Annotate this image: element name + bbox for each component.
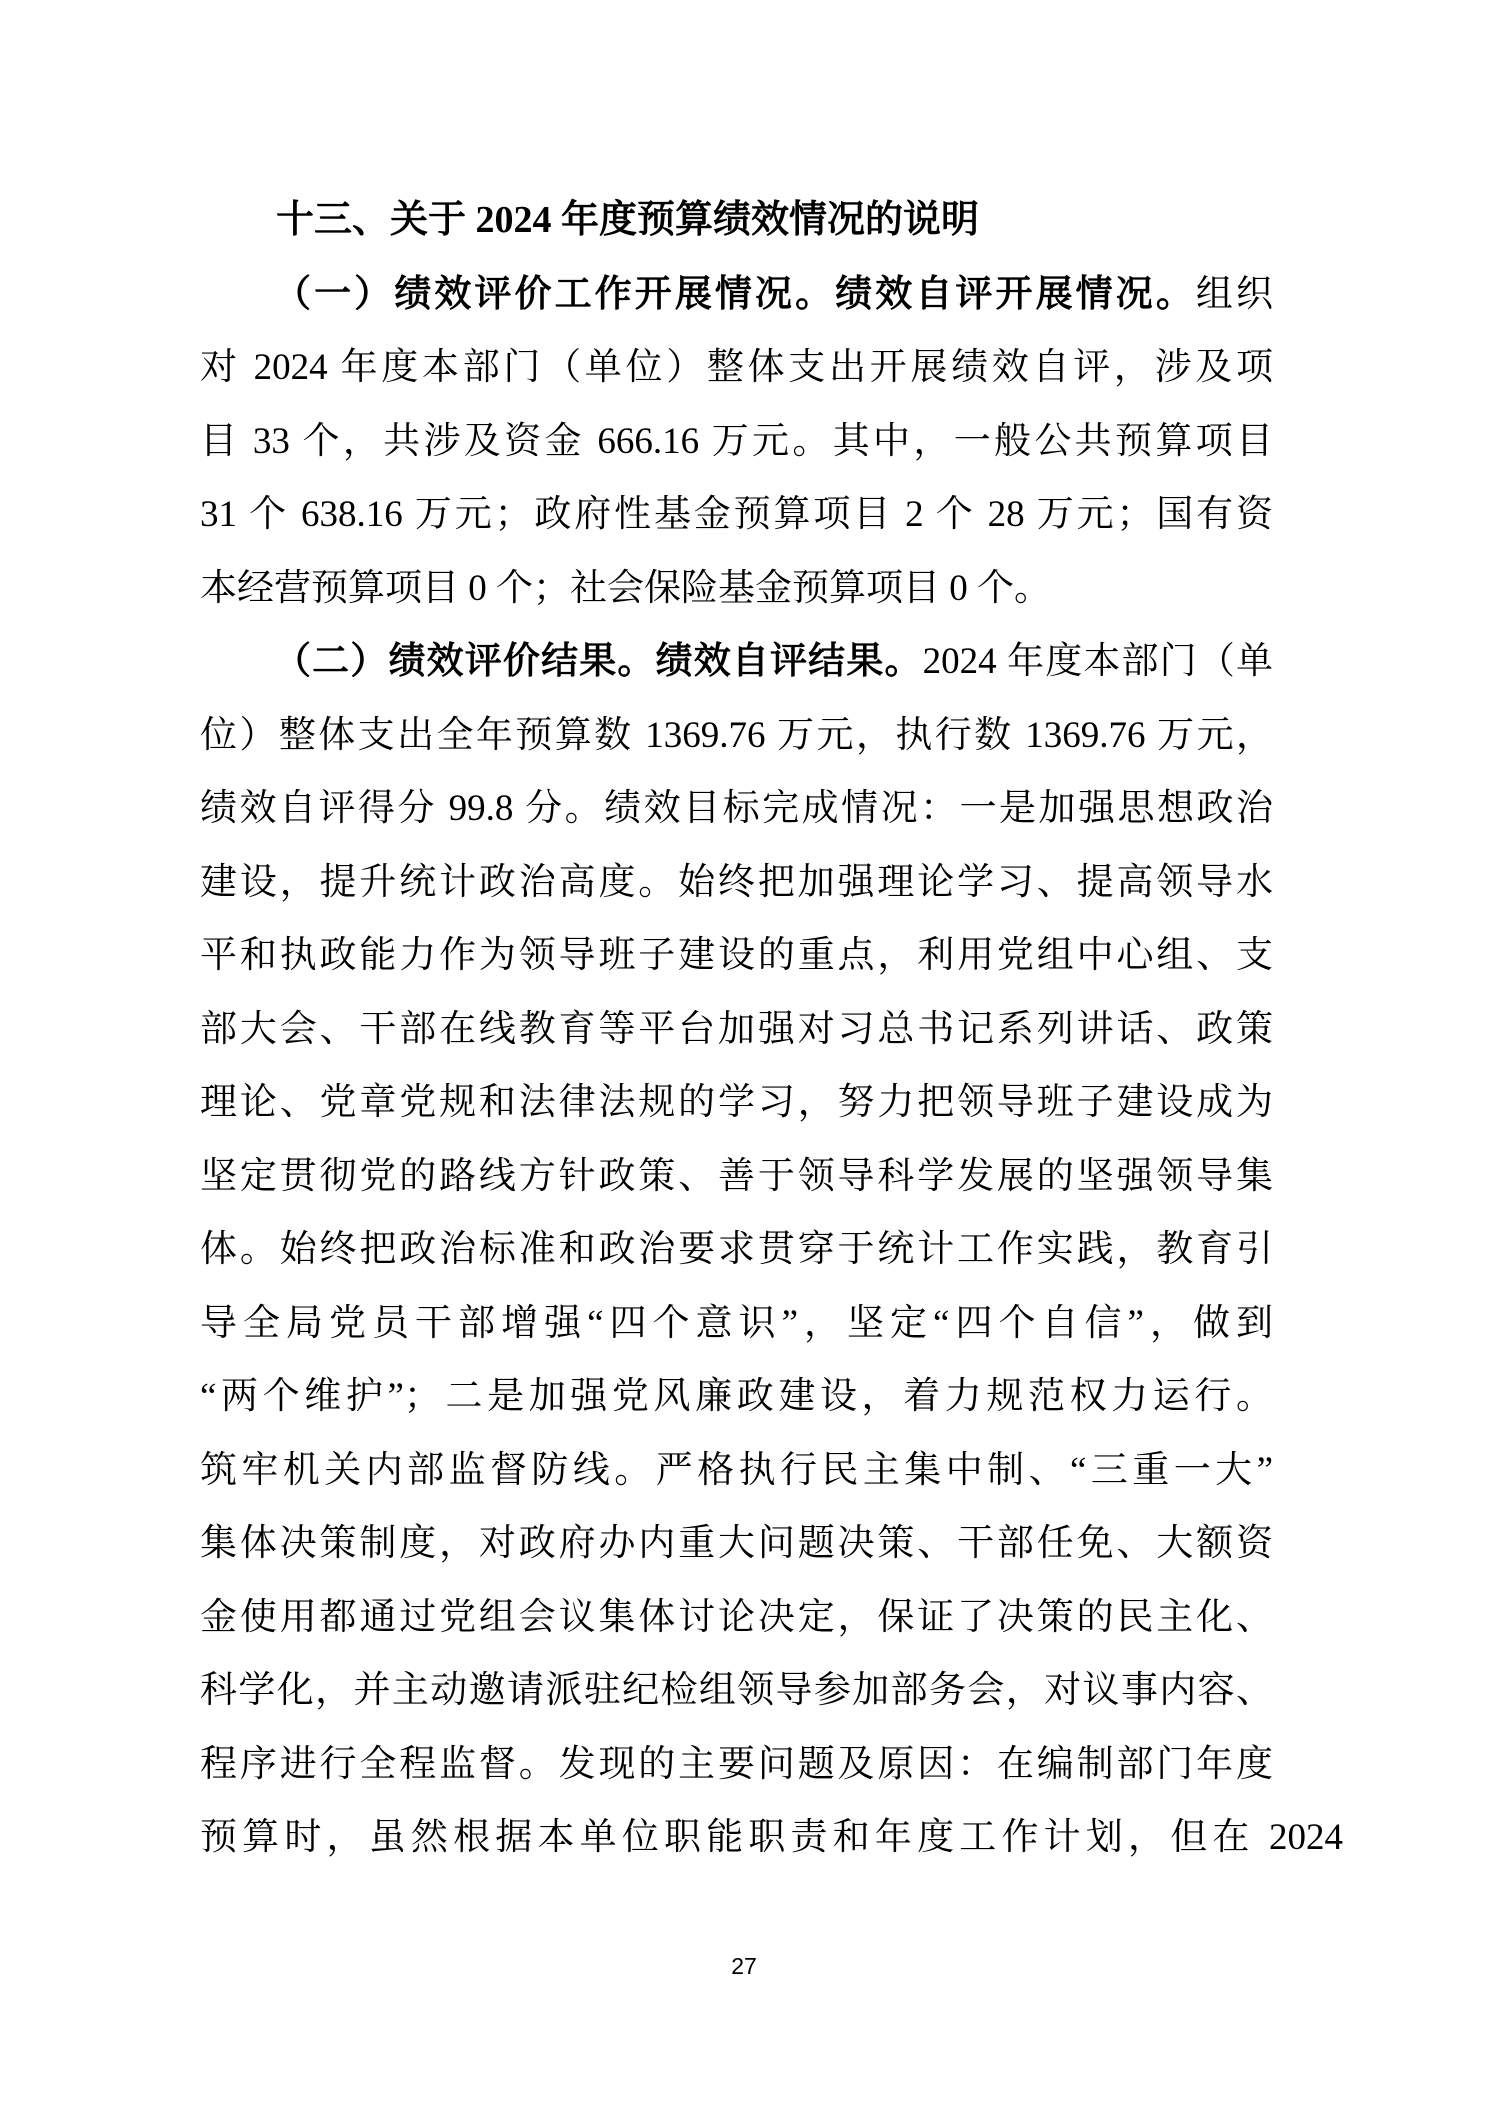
- line-text: 金使用都通过党组会议集体讨论决定，保证了决策的民主化、: [200, 1597, 1273, 1638]
- line-text: 集体决策制度，对政府办内重大问题决策、干部任免、大额资: [200, 1523, 1273, 1564]
- line-text: 本经营预算项目 0 个；社会保险基金预算项目 0 个。: [200, 568, 1051, 609]
- line-text: 31 个 638.16 万元；政府性基金预算项目 2 个 28 万元；国有资: [200, 494, 1273, 535]
- paragraph-heading: （一）绩效评价工作开展情况。绩效自评开展情况。: [274, 274, 1196, 315]
- text-line: 理论、党章党规和法律法规的学习，努力把领导班子建设成为: [200, 1066, 1273, 1140]
- line-text: “两个维护”；二是加强党风廉政建设，着力规范权力运行。: [200, 1376, 1273, 1417]
- line-text: 目 33 个，共涉及资金 666.16 万元。其中，一般公共预算项目: [200, 421, 1273, 462]
- line-text: 筑牢机关内部监督防线。严格执行民主集中制、“三重一大”: [200, 1450, 1273, 1491]
- text-line: （一）绩效评价工作开展情况。绩效自评开展情况。组织: [200, 258, 1273, 332]
- text-line: 平和执政能力作为领导班子建设的重点，利用党组中心组、支: [200, 919, 1273, 993]
- text-line: 对 2024 年度本部门（单位）整体支出开展绩效自评，涉及项: [200, 331, 1273, 405]
- text-line: （二）绩效评价结果。绩效自评结果。2024 年度本部门（单: [200, 625, 1273, 699]
- line-text: 预算时，虽然根据本单位职能职责和年度工作计划，但在 2024: [200, 1817, 1343, 1858]
- text-line: 坚定贯彻党的路线方针政策、善于领导科学发展的坚强领导集: [200, 1140, 1273, 1214]
- text-line: 集体决策制度，对政府办内重大问题决策、干部任免、大额资: [200, 1507, 1273, 1581]
- text-line: 科学化，并主动邀请派驻纪检组领导参加部务会，对议事内容、: [200, 1654, 1273, 1728]
- line-text: 建设，提升统计政治高度。始终把加强理论学习、提高领导水: [200, 862, 1273, 903]
- text-line: 程序进行全程监督。发现的主要问题及原因：在编制部门年度: [200, 1728, 1273, 1802]
- text-line: 体。始终把政治标准和政治要求贯穿于统计工作实践，教育引: [200, 1213, 1273, 1287]
- line-text: 组织: [1196, 274, 1273, 315]
- line-text: 坚定贯彻党的路线方针政策、善于领导科学发展的坚强领导集: [200, 1156, 1273, 1197]
- text-line: 建设，提升统计政治高度。始终把加强理论学习、提高领导水: [200, 846, 1273, 920]
- title-text: 十三、关于 2024 年度预算绩效情况的说明: [276, 199, 979, 241]
- page-number: 27: [0, 1946, 1488, 1986]
- line-text: 导全局党员干部增强“四个意识”，坚定“四个自信”，做到: [200, 1303, 1273, 1344]
- line-text: 平和执政能力作为领导班子建设的重点，利用党组中心组、支: [200, 935, 1273, 976]
- text-line: 导全局党员干部增强“四个意识”，坚定“四个自信”，做到: [200, 1287, 1273, 1361]
- line-text: 科学化，并主动邀请派驻纪检组领导参加部务会，对议事内容、: [200, 1670, 1273, 1711]
- line-text: 对 2024 年度本部门（单位）整体支出开展绩效自评，涉及项: [200, 347, 1273, 388]
- document-body: 十三、关于 2024 年度预算绩效情况的说明 （一）绩效评价工作开展情况。绩效自…: [200, 184, 1273, 1875]
- paragraph-heading: （二）绩效评价结果。绩效自评结果。: [274, 641, 923, 682]
- text-line: 筑牢机关内部监督防线。严格执行民主集中制、“三重一大”: [200, 1434, 1273, 1508]
- text-line: 本经营预算项目 0 个；社会保险基金预算项目 0 个。: [200, 552, 1273, 626]
- line-text: 部大会、干部在线教育等平台加强对习总书记系列讲话、政策: [200, 1009, 1273, 1050]
- text-line: “两个维护”；二是加强党风廉政建设，着力规范权力运行。: [200, 1360, 1273, 1434]
- line-text: 位）整体支出全年预算数 1369.76 万元，执行数 1369.76 万元，: [200, 715, 1273, 756]
- text-line: 绩效自评得分 99.8 分。绩效目标完成情况：一是加强思想政治: [200, 772, 1273, 846]
- line-text: 理论、党章党规和法律法规的学习，努力把领导班子建设成为: [200, 1082, 1273, 1123]
- text-line: 部大会、干部在线教育等平台加强对习总书记系列讲话、政策: [200, 993, 1273, 1067]
- text-line: 31 个 638.16 万元；政府性基金预算项目 2 个 28 万元；国有资: [200, 478, 1273, 552]
- text-line: 金使用都通过党组会议集体讨论决定，保证了决策的民主化、: [200, 1581, 1273, 1655]
- text-line: 目 33 个，共涉及资金 666.16 万元。其中，一般公共预算项目: [200, 405, 1273, 479]
- line-text: 程序进行全程监督。发现的主要问题及原因：在编制部门年度: [200, 1744, 1273, 1785]
- line-text: 体。始终把政治标准和政治要求贯穿于统计工作实践，教育引: [200, 1229, 1273, 1270]
- text-line: 预算时，虽然根据本单位职能职责和年度工作计划，但在 2024: [200, 1801, 1343, 1875]
- page-title: 十三、关于 2024 年度预算绩效情况的说明: [200, 184, 1273, 258]
- document-page: 十三、关于 2024 年度预算绩效情况的说明 （一）绩效评价工作开展情况。绩效自…: [0, 0, 1488, 2104]
- line-text: 绩效自评得分 99.8 分。绩效目标完成情况：一是加强思想政治: [200, 788, 1273, 829]
- line-text: 2024 年度本部门（单: [923, 641, 1273, 682]
- text-line: 位）整体支出全年预算数 1369.76 万元，执行数 1369.76 万元，: [200, 699, 1273, 773]
